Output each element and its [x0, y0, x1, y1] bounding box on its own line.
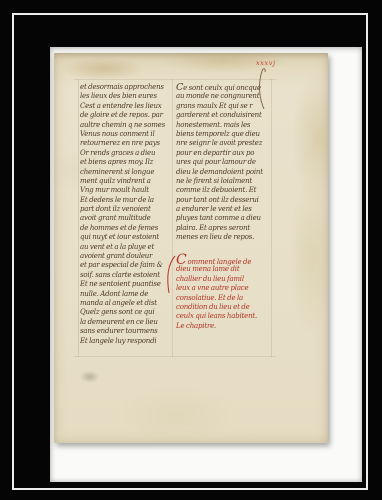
- text-line: cheminerent si longue: [80, 168, 176, 177]
- text-line: au vent et a la pluye et: [80, 243, 176, 252]
- text-line: de gloire et de repos. par: [80, 111, 176, 120]
- text-line: Ce sont ceulx qui oncque: [176, 83, 278, 92]
- text-line: menes en lieu de repos.: [176, 233, 278, 242]
- framed-manuscript-photo: xxxvj et desormais approchensles lieux d…: [0, 0, 382, 500]
- rubric-text: Comment langele dedieu mena lame ditchal…: [176, 256, 282, 331]
- text-line: dieu le demandoient point: [176, 168, 278, 177]
- ruling-line-bottom: [74, 356, 276, 357]
- text-line: grans maulx Et qui se r: [176, 102, 278, 111]
- ruling-line-left: [78, 79, 79, 357]
- text-line: manda al angele et dist: [80, 299, 176, 308]
- text-line: ne le firent si loialment: [176, 177, 278, 186]
- rubric-flourish-icon: [164, 255, 176, 295]
- text-line: ures qui pour lamour de: [176, 158, 278, 167]
- text-line: biens temporelz que dieu: [176, 130, 278, 139]
- text-line: avoient grant douleur: [80, 252, 176, 261]
- text-line: ment quilz vindrent a: [80, 177, 176, 186]
- right-text-column: Ce sont ceulx qui oncqueau monde ne cong…: [176, 83, 278, 243]
- text-line: Vng mur moult hault: [80, 186, 176, 195]
- text-line: garderent et conduisirent: [176, 111, 278, 120]
- folio-number: xxxvj: [256, 59, 276, 67]
- text-line: retournerez en nre pays: [80, 139, 176, 148]
- mat-board: xxxvj et desormais approchensles lieux d…: [50, 47, 362, 482]
- text-line: et desormais approchens: [80, 83, 176, 92]
- rubric-line: consolatiue. Et de la: [176, 294, 282, 303]
- text-line: nre seignr le avoit prestez: [176, 139, 278, 148]
- rubric-line: Le chapitre.: [176, 322, 282, 331]
- text-line: a endurer le vent et les: [176, 205, 278, 214]
- text-line: pour tant ont ilz desserui: [176, 196, 278, 205]
- text-line: comme ilz debuoient. Et: [176, 186, 278, 195]
- text-line: Et ne sentoient puantise: [80, 280, 176, 289]
- text-line: honestement. mais les: [176, 121, 278, 130]
- ruling-line-top: [74, 79, 276, 80]
- text-line: part dont ilz venoient: [80, 205, 176, 214]
- rubric-line: ceulx qui leans habitent.: [176, 312, 282, 321]
- text-line: aultre chemin q ne somes: [80, 121, 176, 130]
- text-line: qui nuyt et iour estoient: [80, 233, 176, 242]
- text-line: Et dedens le mur de la: [80, 196, 176, 205]
- text-line: au monde ne congnurent: [176, 92, 278, 101]
- text-line: Cest a entendre les lieux: [80, 102, 176, 111]
- text-line: nulle. Adont lame de: [80, 290, 176, 299]
- rubric-line: dieu mena lame dit: [176, 265, 282, 274]
- rubric-line: condition du lieu et de: [176, 303, 282, 312]
- text-line: pluyes tant comme a dieu: [176, 214, 278, 223]
- text-line: la demeurent en ce lieu: [80, 318, 176, 327]
- text-line: Venus nous conment il: [80, 130, 176, 139]
- text-line: pour en departir aux po: [176, 149, 278, 158]
- manuscript-page: xxxvj et desormais approchensles lieux d…: [54, 53, 328, 443]
- text-line: de hommes et de femes: [80, 224, 176, 233]
- text-line: avoit grant multitude: [80, 214, 176, 223]
- text-line: et par especial de faim &: [80, 261, 176, 270]
- text-line: Et langele luy respondi: [80, 337, 176, 346]
- text-line: les lieux des bien eures: [80, 92, 176, 101]
- rubric-line: leux a vne autre place: [176, 284, 282, 293]
- rubric-line: challier du lieu famil: [176, 275, 282, 284]
- text-line: Or rends graces a dieu: [80, 149, 176, 158]
- rubric-line: Comment langele de: [176, 256, 282, 265]
- text-line: Quelz gens sont ce qui: [80, 308, 176, 317]
- text-line: plaira. Et apres seront: [176, 224, 278, 233]
- text-line: et biens apres moy. Ilz: [80, 158, 176, 167]
- left-text-column: et desormais approchensles lieux des bie…: [80, 83, 176, 346]
- text-line: soif. sans clarte estoient: [80, 271, 176, 280]
- text-line: sans endurer tourmens: [80, 327, 176, 336]
